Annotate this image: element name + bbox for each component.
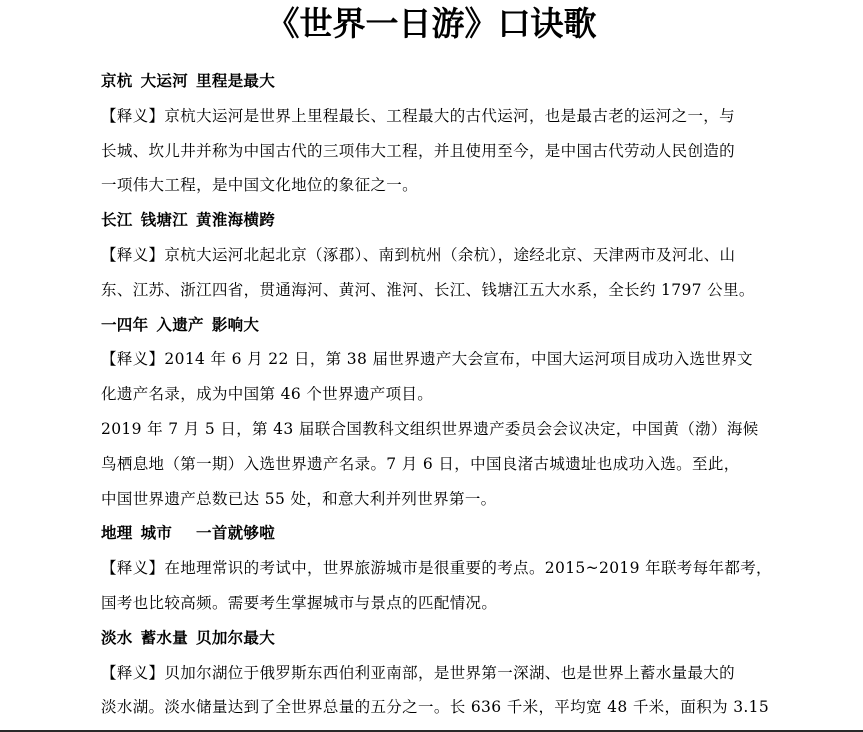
- paragraph-line: 东、江苏、浙江四省，贯通海河、黄河、淮河、长江、钱塘江五大水系，全长约 1797…: [101, 273, 761, 308]
- paragraph-line: 【释义】贝加尔湖位于俄罗斯东西伯利亚南部，是世界第一深湖、也是世界上蓄水量最大的: [101, 656, 761, 691]
- heading-phrase: 京杭: [101, 72, 133, 90]
- heading-phrase: 贝加尔最大: [196, 629, 275, 647]
- paragraph-line: 一项伟大工程，是中国文化地位的象征之一。: [101, 168, 761, 203]
- heading-phrase: 一四年: [101, 316, 148, 334]
- section-heading: 长江钱塘江黄淮海横跨: [101, 203, 761, 238]
- paragraph-line: 【释义】京杭大运河是世界上里程最长、工程最大的古代运河，也是最古老的运河之一，与: [101, 99, 761, 134]
- section-heading: 一四年入遗产影响大: [101, 308, 761, 343]
- paragraph-line: 【释义】在地理常识的考试中，世界旅游城市是很重要的考点。2015~2019 年联…: [101, 551, 761, 586]
- heading-phrase: 地理: [101, 524, 133, 542]
- paragraph-line: 鸟栖息地（第一期）入选世界遗产名录。7 月 6 日，中国良渚古城遗址也成功入选。…: [101, 447, 761, 482]
- document-title: 《世界一日游》口诀歌: [0, 2, 863, 46]
- heading-phrase: 钱塘江: [141, 211, 188, 229]
- paragraph-line: 国考也比较高频。需要考生掌握城市与景点的匹配情况。: [101, 586, 761, 621]
- heading-phrase: 黄淮海横跨: [196, 211, 275, 229]
- paragraph-line: 【释义】京杭大运河北起北京（涿郡）、南到杭州（余杭），途经北京、天津两市及河北、…: [101, 238, 761, 273]
- paragraph-line: 长城、坎儿井并称为中国古代的三项伟大工程，并且使用至今，是中国古代劳动人民创造的: [101, 134, 761, 169]
- section-heading: 淡水蓄水量贝加尔最大: [101, 621, 761, 656]
- heading-phrase: 影响大: [212, 316, 259, 334]
- heading-phrase: 一首就够啦: [180, 524, 275, 542]
- heading-phrase: 蓄水量: [141, 629, 188, 647]
- paragraph-line: 2019 年 7 月 5 日，第 43 届联合国教科文组织世界遗产委员会会议决定…: [101, 412, 761, 447]
- heading-phrase: 城市: [141, 524, 173, 542]
- paragraph-line: 淡水湖。淡水储量达到了全世界总量的五分之一。长 636 千米，平均宽 48 千米…: [101, 690, 761, 725]
- heading-phrase: 大运河: [141, 72, 188, 90]
- heading-phrase: 长江: [101, 211, 133, 229]
- section-heading: 京杭大运河里程是最大: [101, 64, 761, 99]
- document-body: 京杭大运河里程是最大 【释义】京杭大运河是世界上里程最长、工程最大的古代运河，也…: [101, 64, 761, 725]
- paragraph-line: 化遗产名录，成为中国第 46 个世界遗产项目。: [101, 377, 761, 412]
- paragraph-line: 【释义】2014 年 6 月 22 日，第 38 届世界遗产大会宣布，中国大运河…: [101, 342, 761, 377]
- heading-phrase: 里程是最大: [196, 72, 275, 90]
- paragraph-line: 中国世界遗产总数已达 55 处，和意大利并列世界第一。: [101, 482, 761, 517]
- heading-phrase: 淡水: [101, 629, 133, 647]
- heading-phrase: 入遗产: [156, 316, 203, 334]
- section-heading: 地理城市 一首就够啦: [101, 516, 761, 551]
